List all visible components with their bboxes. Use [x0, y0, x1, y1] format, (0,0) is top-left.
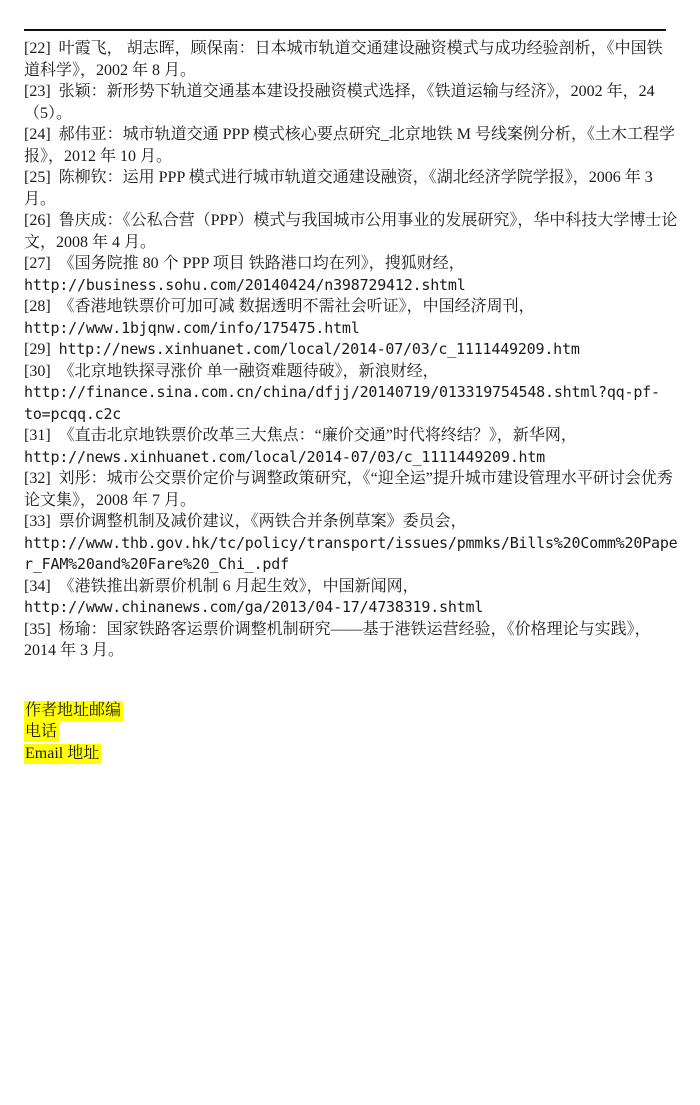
reference-item: [35] 杨瑜：国家铁路客运票价调整机制研究——基于港铁运营经验，《价格理论与实… [24, 619, 678, 662]
reference-number: [28] [24, 298, 59, 315]
reference-item: [31] 《直击北京地铁票价改革三大焦点：“廉价交通”时代将终结？》，新华网，h… [24, 425, 678, 468]
reference-number: [25] [24, 169, 59, 186]
highlighted-text: Email 地址 [24, 744, 101, 764]
reference-item: [25] 陈柳钦：运用 PPP 模式进行城市轨道交通建设融资，《湖北经济学院学报… [24, 167, 678, 210]
highlighted-text: 作者地址邮编 [24, 701, 123, 721]
reference-number: [23] [24, 83, 59, 100]
contact-line: 作者地址邮编 [24, 700, 678, 722]
reference-number: [32] [24, 470, 59, 487]
reference-number: [35] [24, 621, 59, 638]
reference-number: [29] [24, 341, 59, 358]
reference-text: 叶霞飞， 胡志晖，顾保南：日本城市轨道交通建设融资模式与成功经验剖析，《中国铁道… [24, 40, 663, 79]
reference-item: [34] 《港铁推出新票价机制 6 月起生效》，中国新闻网，http://www… [24, 576, 678, 619]
reference-text: 《北京地铁探寻涨价 单一融资难题待破》，新浪财经， [59, 363, 439, 380]
reference-number: [34] [24, 578, 59, 595]
top-divider [24, 29, 666, 31]
reference-item: [26] 鲁庆成：《公私合营（PPP）模式与我国城市公用事业的发展研究》，华中科… [24, 210, 678, 253]
reference-item: [27] 《国务院推 80 个 PPP 项目 铁路港口均在列》，搜狐财经，htt… [24, 253, 678, 296]
reference-item: [30] 《北京地铁探寻涨价 单一融资难题待破》，新浪财经，http://fin… [24, 361, 678, 426]
reference-text: 《直击北京地铁票价改革三大焦点：“廉价交通”时代将终结？》，新华网， [59, 427, 577, 444]
reference-text: 《港铁推出新票价机制 6 月起生效》，中国新闻网， [59, 578, 419, 595]
reference-text: 郝伟亚：城市轨道交通 PPP 模式核心要点研究_北京地铁 M 号线案例分析，《土… [24, 126, 675, 165]
reference-item: [33] 票价调整机制及减价建议，《两铁合并条例草案》委员会，http://ww… [24, 511, 678, 576]
contact-block: 作者地址邮编电话Email 地址 [24, 700, 678, 765]
reference-number: [33] [24, 513, 59, 530]
reference-url: http://news.xinhuanet.com/local/2014-07/… [59, 340, 580, 358]
reference-number: [30] [24, 363, 59, 380]
reference-item: [23] 张颖：新形势下轨道交通基本建设投融资模式选择，《铁道运输与经济》，20… [24, 81, 678, 124]
reference-item: [29] http://news.xinhuanet.com/local/201… [24, 339, 678, 361]
reference-number: [22] [24, 40, 59, 57]
reference-url: http://business.sohu.com/20140424/n39872… [24, 276, 466, 294]
reference-url: http://www.1bjqnw.com/info/175475.html [24, 319, 360, 337]
reference-text: 张颖：新形势下轨道交通基本建设投融资模式选择，《铁道运输与经济》，2002 年，… [24, 83, 655, 122]
reference-item: [22] 叶霞飞， 胡志晖，顾保南：日本城市轨道交通建设融资模式与成功经验剖析，… [24, 38, 678, 81]
reference-item: [32] 刘彤：城市公交票价定价与调整政策研究，《“迎全运”提升城市建设管理水平… [24, 468, 678, 511]
reference-url: http://finance.sina.com.cn/china/dfjj/20… [24, 383, 660, 423]
reference-text: 陈柳钦：运用 PPP 模式进行城市轨道交通建设融资，《湖北经济学院学报》，200… [24, 169, 653, 208]
reference-text: 杨瑜：国家铁路客运票价调整机制研究——基于港铁运营经验，《价格理论与实践》，20… [24, 621, 651, 660]
highlighted-text: 电话 [24, 722, 59, 742]
document-page: [22] 叶霞飞， 胡志晖，顾保南：日本城市轨道交通建设融资模式与成功经验剖析，… [0, 0, 700, 1105]
reference-text: 刘彤：城市公交票价定价与调整政策研究，《“迎全运”提升城市建设管理水平研讨会优秀… [24, 470, 673, 509]
reference-text: 鲁庆成：《公私合营（PPP）模式与我国城市公用事业的发展研究》，华中科技大学博士… [24, 212, 677, 251]
reference-number: [31] [24, 427, 59, 444]
reference-number: [26] [24, 212, 59, 229]
reference-number: [27] [24, 255, 59, 272]
reference-item: [28] 《香港地铁票价可加可减 数据透明不需社会听证》，中国经济周刊，http… [24, 296, 678, 339]
reference-item: [24] 郝伟亚：城市轨道交通 PPP 模式核心要点研究_北京地铁 M 号线案例… [24, 124, 678, 167]
reference-url: http://news.xinhuanet.com/local/2014-07/… [24, 448, 545, 466]
reference-url: http://www.chinanews.com/ga/2013/04-17/4… [24, 598, 483, 616]
contact-line: Email 地址 [24, 743, 678, 765]
reference-text: 《国务院推 80 个 PPP 项目 铁路港口均在列》，搜狐财经， [59, 255, 465, 272]
reference-number: [24] [24, 126, 59, 143]
references-list: [22] 叶霞飞， 胡志晖，顾保南：日本城市轨道交通建设融资模式与成功经验剖析，… [24, 38, 678, 662]
reference-url: http://www.thb.gov.hk/tc/policy/transpor… [24, 534, 677, 574]
reference-text: 《香港地铁票价可加可减 数据透明不需社会听证》，中国经济周刊， [59, 298, 535, 315]
contact-line: 电话 [24, 721, 678, 743]
reference-text: 票价调整机制及减价建议，《两铁合并条例草案》委员会， [59, 513, 467, 530]
